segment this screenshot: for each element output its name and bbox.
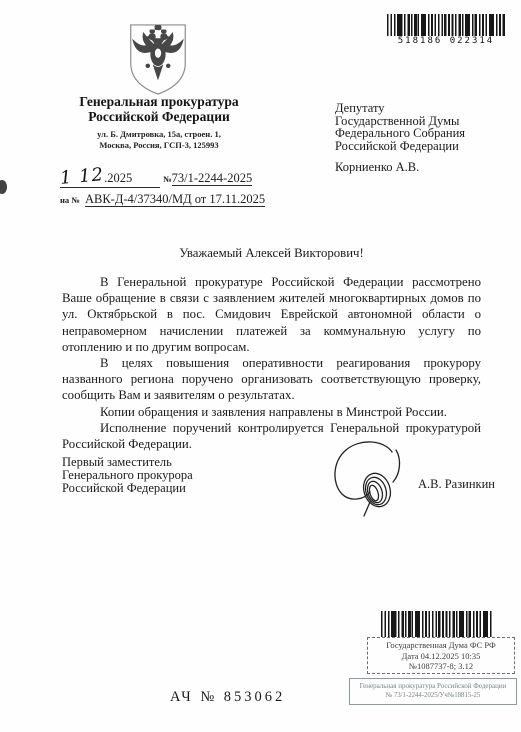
body-paragraph-1: В Генеральной прокуратуре Российской Фед… <box>62 274 481 355</box>
number-sign: № <box>163 174 172 184</box>
barcode-bars-icon <box>387 14 505 38</box>
duma-registration-stamp: Государственная Дума ФС РФ Дата 04.12.20… <box>367 637 515 674</box>
stamp-number: № 73/1-2244-2025/Уч№18815-25 <box>350 691 516 701</box>
stamp-number: №1087737-8; 3.12 <box>368 661 514 672</box>
org-address-line2: Москва, Россия, ГСП-3, 125993 <box>34 140 284 151</box>
barcode-bars-icon <box>381 611 493 637</box>
outgoing-date: 1 12.2025 <box>60 168 160 188</box>
handwritten-date: 1 12 <box>59 166 104 188</box>
salutation: Уважаемый Алексей Викторович! <box>62 246 481 261</box>
outgoing-number: 73/1-2244-2025 <box>172 171 253 186</box>
signer-title: Первый заместитель Генерального прокурор… <box>62 456 262 494</box>
document-barcode: 518186 022314 <box>387 14 505 46</box>
date-year-suffix: .2025 <box>104 171 132 185</box>
org-name-line2: Российской Федерации <box>34 109 284 124</box>
signer-name: А.В. Разинкин <box>400 477 495 492</box>
letter-body: Уважаемый Алексей Викторович! В Генераль… <box>62 246 481 452</box>
signer-title-line: Первый заместитель <box>62 456 262 469</box>
stamp-org: Государственная Дума ФС РФ <box>368 640 514 651</box>
recipient-block: Депутату Государственной Думы Федерально… <box>335 102 515 152</box>
org-name-line1: Генеральная прокуратура <box>34 94 284 109</box>
org-address: ул. Б. Дмитровка, 15а, строен. 1, Москва… <box>34 129 284 150</box>
recipient-line: Федерального Собрания <box>335 127 515 140</box>
org-address-line1: ул. Б. Дмитровка, 15а, строен. 1, <box>34 129 284 140</box>
recipient-line: Российской Федерации <box>335 140 515 153</box>
reference-line-incoming: на № АВК-Д-4/37340/МД от 17.11.2025 <box>60 192 360 207</box>
signer-title-line: Генерального прокурора <box>62 469 262 482</box>
recipient-line: Депутату <box>335 102 515 115</box>
barcode-digits: 518186 022314 <box>387 36 505 46</box>
genproc-registration-stamp: Генеральная прокуратура Российской Федер… <box>349 678 517 705</box>
registration-barcode <box>381 611 493 637</box>
body-paragraph-3: Копии обращения и заявления направлены в… <box>62 404 481 420</box>
scanned-letter-page: 518186 022314 <box>0 0 521 732</box>
body-paragraph-4: Исполнение поручений контролируется Гене… <box>62 420 481 452</box>
reply-to-label: на № <box>60 195 80 205</box>
body-paragraph-2: В целях повышения оперативности реагиров… <box>62 355 481 404</box>
form-number: АЧ № 853062 <box>170 689 285 706</box>
stamp-date: Дата 04.12.2025 10:35 <box>368 651 514 662</box>
signer-title-line: Российской Федерации <box>62 482 262 495</box>
stamp-org: Генеральная прокуратура Российской Федер… <box>350 681 516 691</box>
org-name: Генеральная прокуратура Российской Федер… <box>34 94 284 124</box>
reference-line-outgoing: 1 12.2025 №73/1-2244-2025 <box>60 168 320 192</box>
coat-of-arms-icon <box>126 22 190 96</box>
scan-artifact <box>0 180 7 194</box>
recipient-name: Корниенко А.В. <box>335 160 515 175</box>
incoming-number: АВК-Д-4/37340/МД от 17.11.2025 <box>85 192 265 207</box>
